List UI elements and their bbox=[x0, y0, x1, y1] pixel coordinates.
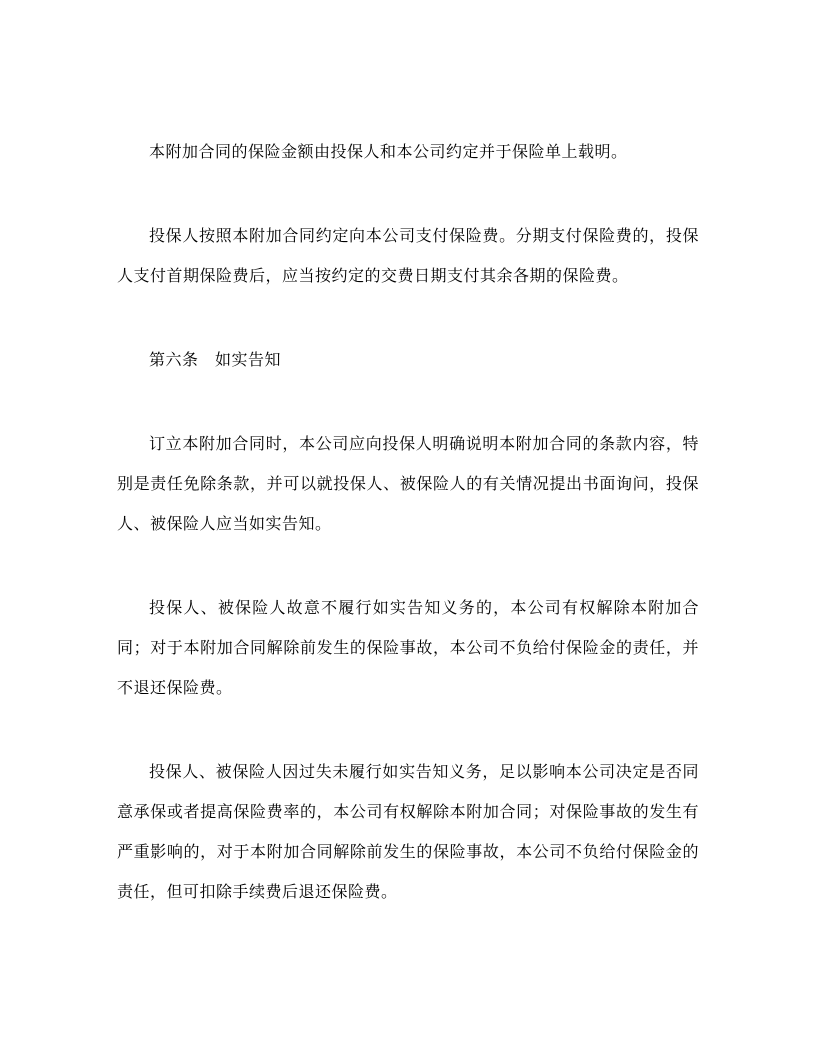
paragraph-insured-amount: 本附加合同的保险金额由投保人和本公司约定并于保险单上载明。 bbox=[117, 133, 699, 173]
document-page: 本附加合同的保险金额由投保人和本公司约定并于保险单上载明。 投保人按照本附加合同… bbox=[0, 0, 816, 1056]
paragraph-disclosure-duty: 订立本附加合同时，本公司应向投保人明确说明本附加合同的条款内容，特别是责任免除条… bbox=[117, 425, 699, 545]
paragraph-intentional-nondisclosure: 投保人、被保险人故意不履行如实告知义务的，本公司有权解除本附加合同；对于本附加合… bbox=[117, 589, 699, 709]
paragraph-premium-payment: 投保人按照本附加合同约定向本公司支付保险费。分期支付保险费的，投保人支付首期保险… bbox=[117, 217, 699, 297]
paragraph-negligent-nondisclosure: 投保人、被保险人因过失未履行如实告知义务，足以影响本公司决定是否同意承保或者提高… bbox=[117, 753, 699, 913]
section-heading-article-6: 第六条 如实告知 bbox=[117, 341, 699, 381]
